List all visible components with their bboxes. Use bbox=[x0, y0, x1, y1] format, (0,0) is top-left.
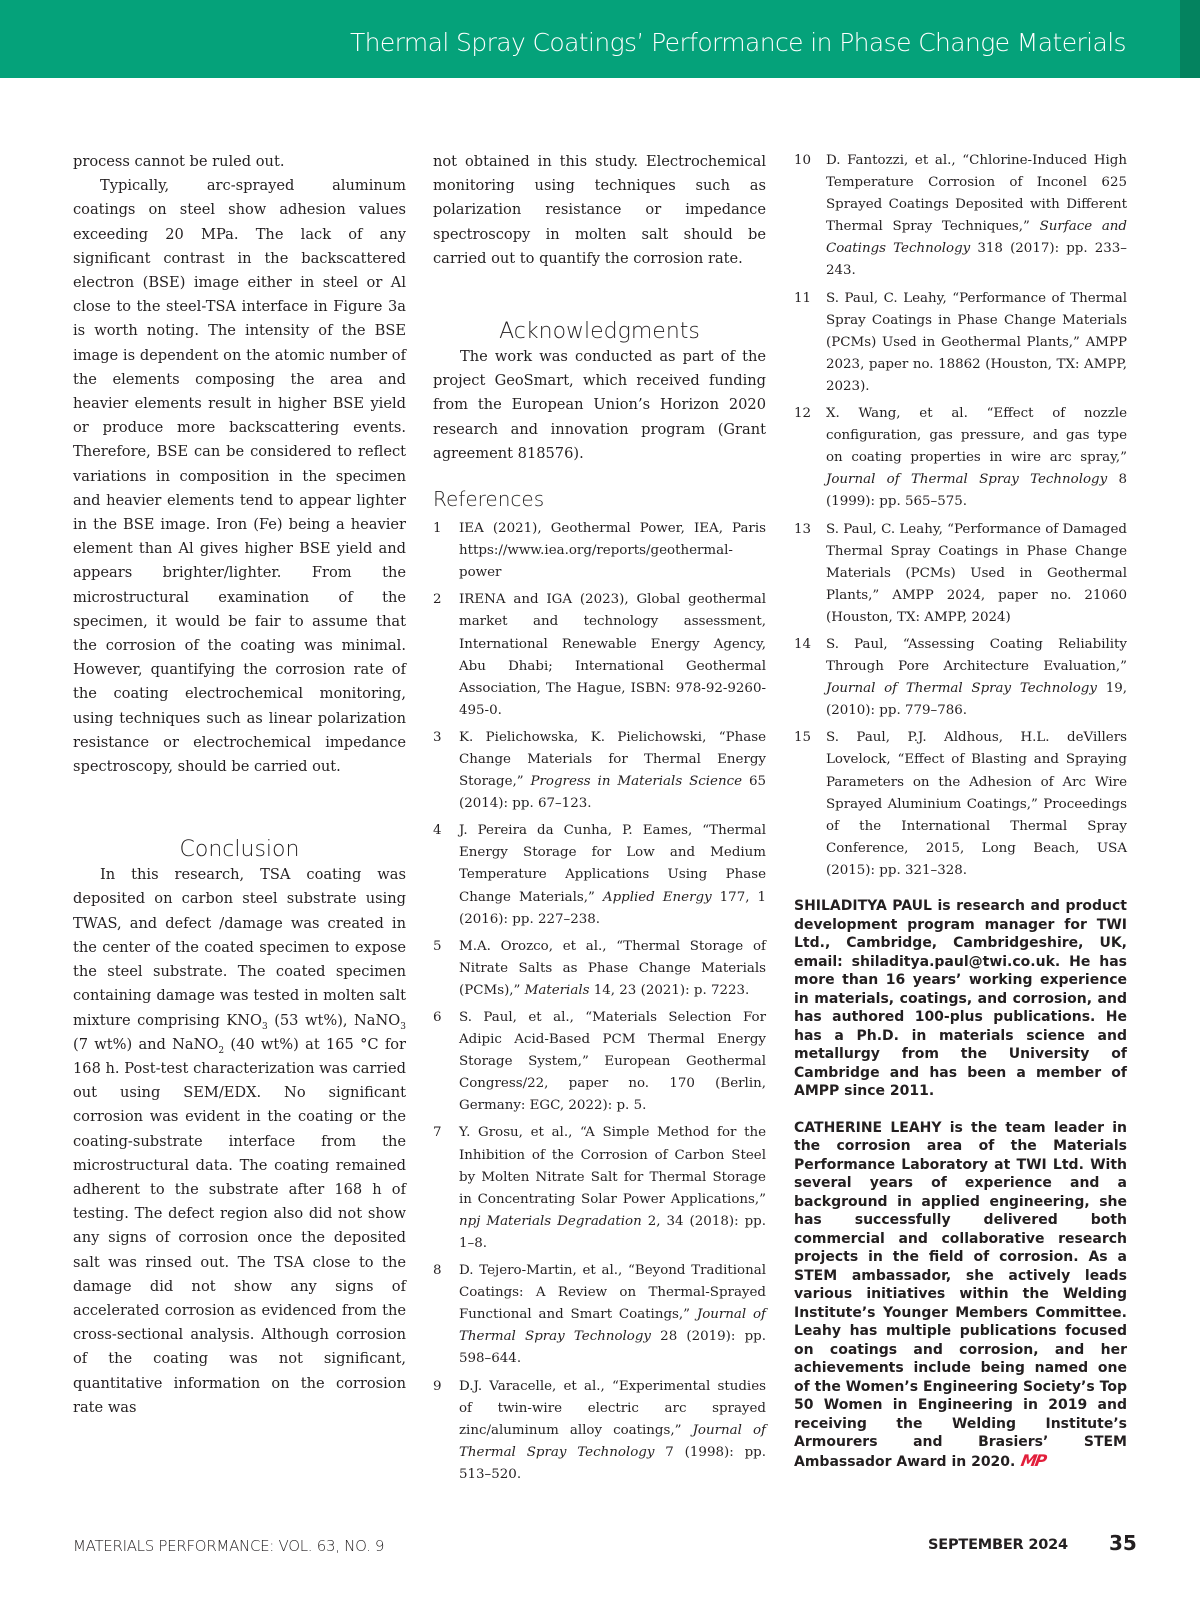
reference-item: 4J. Pereira da Cunha, P. Eames, “Thermal… bbox=[433, 820, 766, 930]
reference-item: 8D. Tejero-Martin, et al., “Beyond Tradi… bbox=[433, 1260, 766, 1370]
reference-item: 2IRENA and IGA (2023), Global geothermal… bbox=[433, 589, 766, 722]
reference-item: 1IEA (2021), Geothermal Power, IEA, Pari… bbox=[433, 518, 766, 584]
reference-item: 12X. Wang, et al. “Effect of nozzle conf… bbox=[794, 403, 1127, 513]
column-1: process cannot be ruled out. Typically, … bbox=[73, 150, 406, 1420]
reference-text: M.A. Orozco, et al., “Thermal Storage of… bbox=[459, 936, 766, 1002]
reference-text: K. Pielichowska, K. Pielichowski, “Phase… bbox=[459, 727, 766, 815]
reference-text: X. Wang, et al. “Effect of nozzle config… bbox=[826, 403, 1127, 513]
reference-item: 9D.J. Varacelle, et al., “Experimental s… bbox=[433, 1376, 766, 1486]
reference-number: 9 bbox=[433, 1376, 459, 1486]
reference-list-continued: 10D. Fantozzi, et al., “Chlorine-Induced… bbox=[794, 150, 1127, 882]
reference-number: 10 bbox=[794, 150, 826, 283]
references-heading: References bbox=[433, 486, 766, 512]
reference-number: 7 bbox=[433, 1122, 459, 1255]
reference-text: S. Paul, C. Leahy, “Performance of Damag… bbox=[826, 519, 1127, 629]
header-edge bbox=[1180, 0, 1200, 78]
reference-number: 1 bbox=[433, 518, 459, 584]
reference-number: 8 bbox=[433, 1260, 459, 1370]
acknowledgments-paragraph: The work was conducted as part of the pr… bbox=[433, 345, 766, 466]
paragraph: process cannot be ruled out. bbox=[73, 150, 406, 174]
reference-text: D. Fantozzi, et al., “Chlorine-Induced H… bbox=[826, 150, 1127, 283]
mp-end-mark-icon: MP bbox=[1020, 1452, 1047, 1471]
conclusion-heading: Conclusion bbox=[73, 837, 406, 863]
author-bio-paul: SHILADITYA PAUL is research and product … bbox=[794, 897, 1127, 1101]
journal-title: npj Materials Degradation bbox=[459, 1214, 642, 1229]
reference-number: 14 bbox=[794, 634, 826, 722]
reference-number: 15 bbox=[794, 727, 826, 882]
journal-title: Materials bbox=[525, 983, 590, 998]
reference-item: 5M.A. Orozco, et al., “Thermal Storage o… bbox=[433, 936, 766, 1002]
reference-item: 6S. Paul, et al., “Materials Selection F… bbox=[433, 1007, 766, 1117]
reference-number: 6 bbox=[433, 1007, 459, 1117]
reference-text: D.J. Varacelle, et al., “Experimental st… bbox=[459, 1376, 766, 1486]
running-title: Thermal Spray Coatings’ Performance in P… bbox=[350, 28, 1126, 57]
paragraph: not obtained in this study. Electrochemi… bbox=[433, 150, 766, 271]
reference-number: 12 bbox=[794, 403, 826, 513]
reference-item: 3K. Pielichowska, K. Pielichowski, “Phas… bbox=[433, 727, 766, 815]
column-2: not obtained in this study. Electrochemi… bbox=[433, 150, 766, 1491]
reference-number: 5 bbox=[433, 936, 459, 1002]
reference-item: 10D. Fantozzi, et al., “Chlorine-Induced… bbox=[794, 150, 1127, 283]
footer-date: SEPTEMBER 2024 bbox=[928, 1537, 1068, 1553]
reference-item: 13S. Paul, C. Leahy, “Performance of Dam… bbox=[794, 519, 1127, 629]
journal-title: Progress in Materials Science bbox=[531, 774, 743, 789]
reference-item: 15S. Paul, P.J. Aldhous, H.L. deVillers … bbox=[794, 727, 1127, 882]
conclusion-paragraph: In this research, TSA coating was deposi… bbox=[73, 863, 406, 1420]
reference-text: D. Tejero-Martin, et al., “Beyond Tradit… bbox=[459, 1260, 766, 1370]
acknowledgments-heading: Acknowledgments bbox=[433, 319, 766, 345]
journal-title: Journal of Thermal Spray Technology bbox=[826, 472, 1107, 487]
reference-item: 14S. Paul, “Assessing Coating Reliabilit… bbox=[794, 634, 1127, 722]
reference-list: 1IEA (2021), Geothermal Power, IEA, Pari… bbox=[433, 518, 766, 1486]
reference-number: 3 bbox=[433, 727, 459, 815]
reference-text: S. Paul, et al., “Materials Selection Fo… bbox=[459, 1007, 766, 1117]
reference-text: S. Paul, “Assessing Coating Reliability … bbox=[826, 634, 1127, 722]
reference-item: 11S. Paul, C. Leahy, “Performance of The… bbox=[794, 288, 1127, 398]
author-bio-leahy: CATHERINE LEAHY is the team leader in th… bbox=[794, 1119, 1127, 1472]
reference-text: S. Paul, P.J. Aldhous, H.L. deVillers Lo… bbox=[826, 727, 1127, 882]
reference-text: IRENA and IGA (2023), Global geothermal … bbox=[459, 589, 766, 722]
reference-text: IEA (2021), Geothermal Power, IEA, Paris… bbox=[459, 518, 766, 584]
reference-number: 2 bbox=[433, 589, 459, 722]
column-3: 10D. Fantozzi, et al., “Chlorine-Induced… bbox=[794, 150, 1127, 1471]
reference-number: 4 bbox=[433, 820, 459, 930]
paragraph: Typically, arc-sprayed aluminum coatings… bbox=[73, 174, 406, 779]
reference-text: J. Pereira da Cunha, P. Eames, “Thermal … bbox=[459, 820, 766, 930]
journal-title: Journal of Thermal Spray Technology bbox=[826, 681, 1097, 696]
reference-item: 7Y. Grosu, et al., “A Simple Method for … bbox=[433, 1122, 766, 1255]
reference-text: Y. Grosu, et al., “A Simple Method for t… bbox=[459, 1122, 766, 1255]
reference-number: 13 bbox=[794, 519, 826, 629]
page-number: 35 bbox=[1109, 1531, 1137, 1555]
reference-number: 11 bbox=[794, 288, 826, 398]
journal-title: Applied Energy bbox=[603, 890, 712, 905]
footer-publication: MATERIALS PERFORMANCE: VOL. 63, NO. 9 bbox=[73, 1537, 384, 1555]
header-band: Thermal Spray Coatings’ Performance in P… bbox=[0, 0, 1200, 78]
reference-text: S. Paul, C. Leahy, “Performance of Therm… bbox=[826, 288, 1127, 398]
